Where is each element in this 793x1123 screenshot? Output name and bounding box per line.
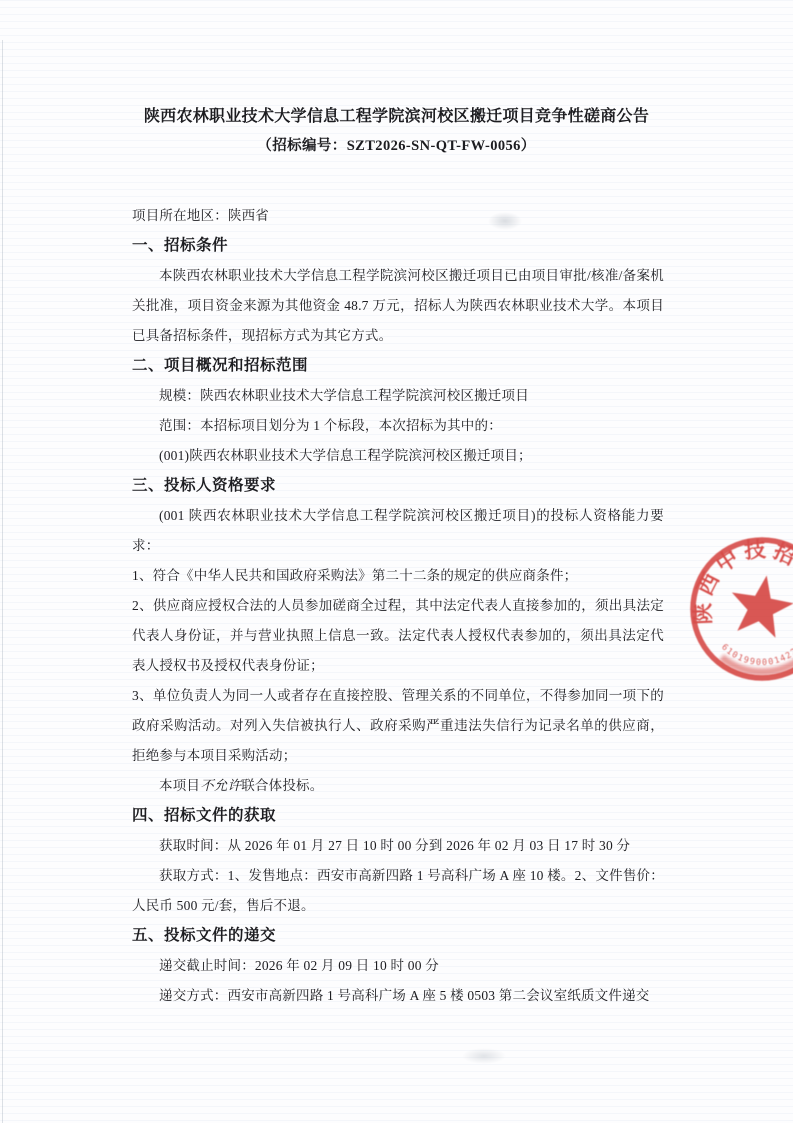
obtain-method-line: 获取方式：1、发售地点：西安市高新四路 1 号高科广场 A 座 10 楼。2、文… xyxy=(132,861,664,921)
qualification-intro: (001 陕西农林职业技术大学信息工程学院滨河校区搬迁项目)的投标人资格能力要求… xyxy=(132,501,664,561)
section-heading-1: 一、招标条件 xyxy=(132,231,664,261)
joint-venture-prefix: 本项目 xyxy=(159,778,200,793)
section-heading-2: 二、项目概况和招标范围 xyxy=(132,351,664,381)
section-heading-5: 五、投标文件的递交 xyxy=(132,921,664,951)
page-title: 陕西农林职业技术大学信息工程学院滨河校区搬迁项目竞争性磋商公告 xyxy=(30,106,763,127)
joint-venture-emphasis: 不允许 xyxy=(200,778,241,793)
scope-line: 范围：本招标项目划分为 1 个标段，本次招标为其中的： xyxy=(132,411,664,441)
scale-line: 规模：陕西农林职业技术大学信息工程学院滨河校区搬迁项目 xyxy=(132,381,664,411)
tender-number: （招标编号：SZT2026-SN-QT-FW-0056） xyxy=(30,136,763,156)
project-location: 项目所在地区：陕西省 xyxy=(132,201,664,231)
qualification-item-2: 2、供应商应授权合法的人员参加磋商全过程，其中法定代表人直接参加的，须出具法定代… xyxy=(132,591,664,681)
scan-smudge-artifact xyxy=(462,1048,506,1064)
section-heading-3: 三、投标人资格要求 xyxy=(132,471,664,501)
official-seal-stamp: 陕西中技招标 6101990001422 xyxy=(678,524,793,694)
scan-edge-artifact xyxy=(2,40,3,1123)
document-page: 陕西农林职业技术大学信息工程学院滨河校区搬迁项目竞争性磋商公告 （招标编号：SZ… xyxy=(0,0,793,1123)
section-heading-4: 四、招标文件的获取 xyxy=(132,801,664,831)
lot-line: (001)陕西农林职业技术大学信息工程学院滨河校区搬迁项目； xyxy=(132,441,664,471)
document-body: 项目所在地区：陕西省 一、招标条件 本陕西农林职业技术大学信息工程学院滨河校区搬… xyxy=(132,201,664,1011)
qualification-item-3: 3、单位负责人为同一人或者存在直接控股、管理关系的不同单位，不得参加同一项下的政… xyxy=(132,681,664,771)
obtain-time-line: 获取时间：从 2026 年 01 月 27 日 10 时 00 分到 2026 … xyxy=(132,831,664,861)
submit-deadline-line: 递交截止时间：2026 年 02 月 09 日 10 时 00 分 xyxy=(132,951,664,981)
joint-venture-note: 本项目不允许联合体投标。 xyxy=(132,771,664,801)
qualification-item-1: 1、符合《中华人民共和国政府采购法》第二十二条的规定的供应商条件； xyxy=(132,561,664,591)
star-icon xyxy=(732,576,793,638)
submit-method-line: 递交方式：西安市高新四路 1 号高科广场 A 座 5 楼 0503 第二会议室纸… xyxy=(132,981,664,1011)
joint-venture-suffix: 联合体投标。 xyxy=(241,778,323,793)
section-1-paragraph: 本陕西农林职业技术大学信息工程学院滨河校区搬迁项目已由项目审批/核准/备案机关批… xyxy=(132,261,664,351)
